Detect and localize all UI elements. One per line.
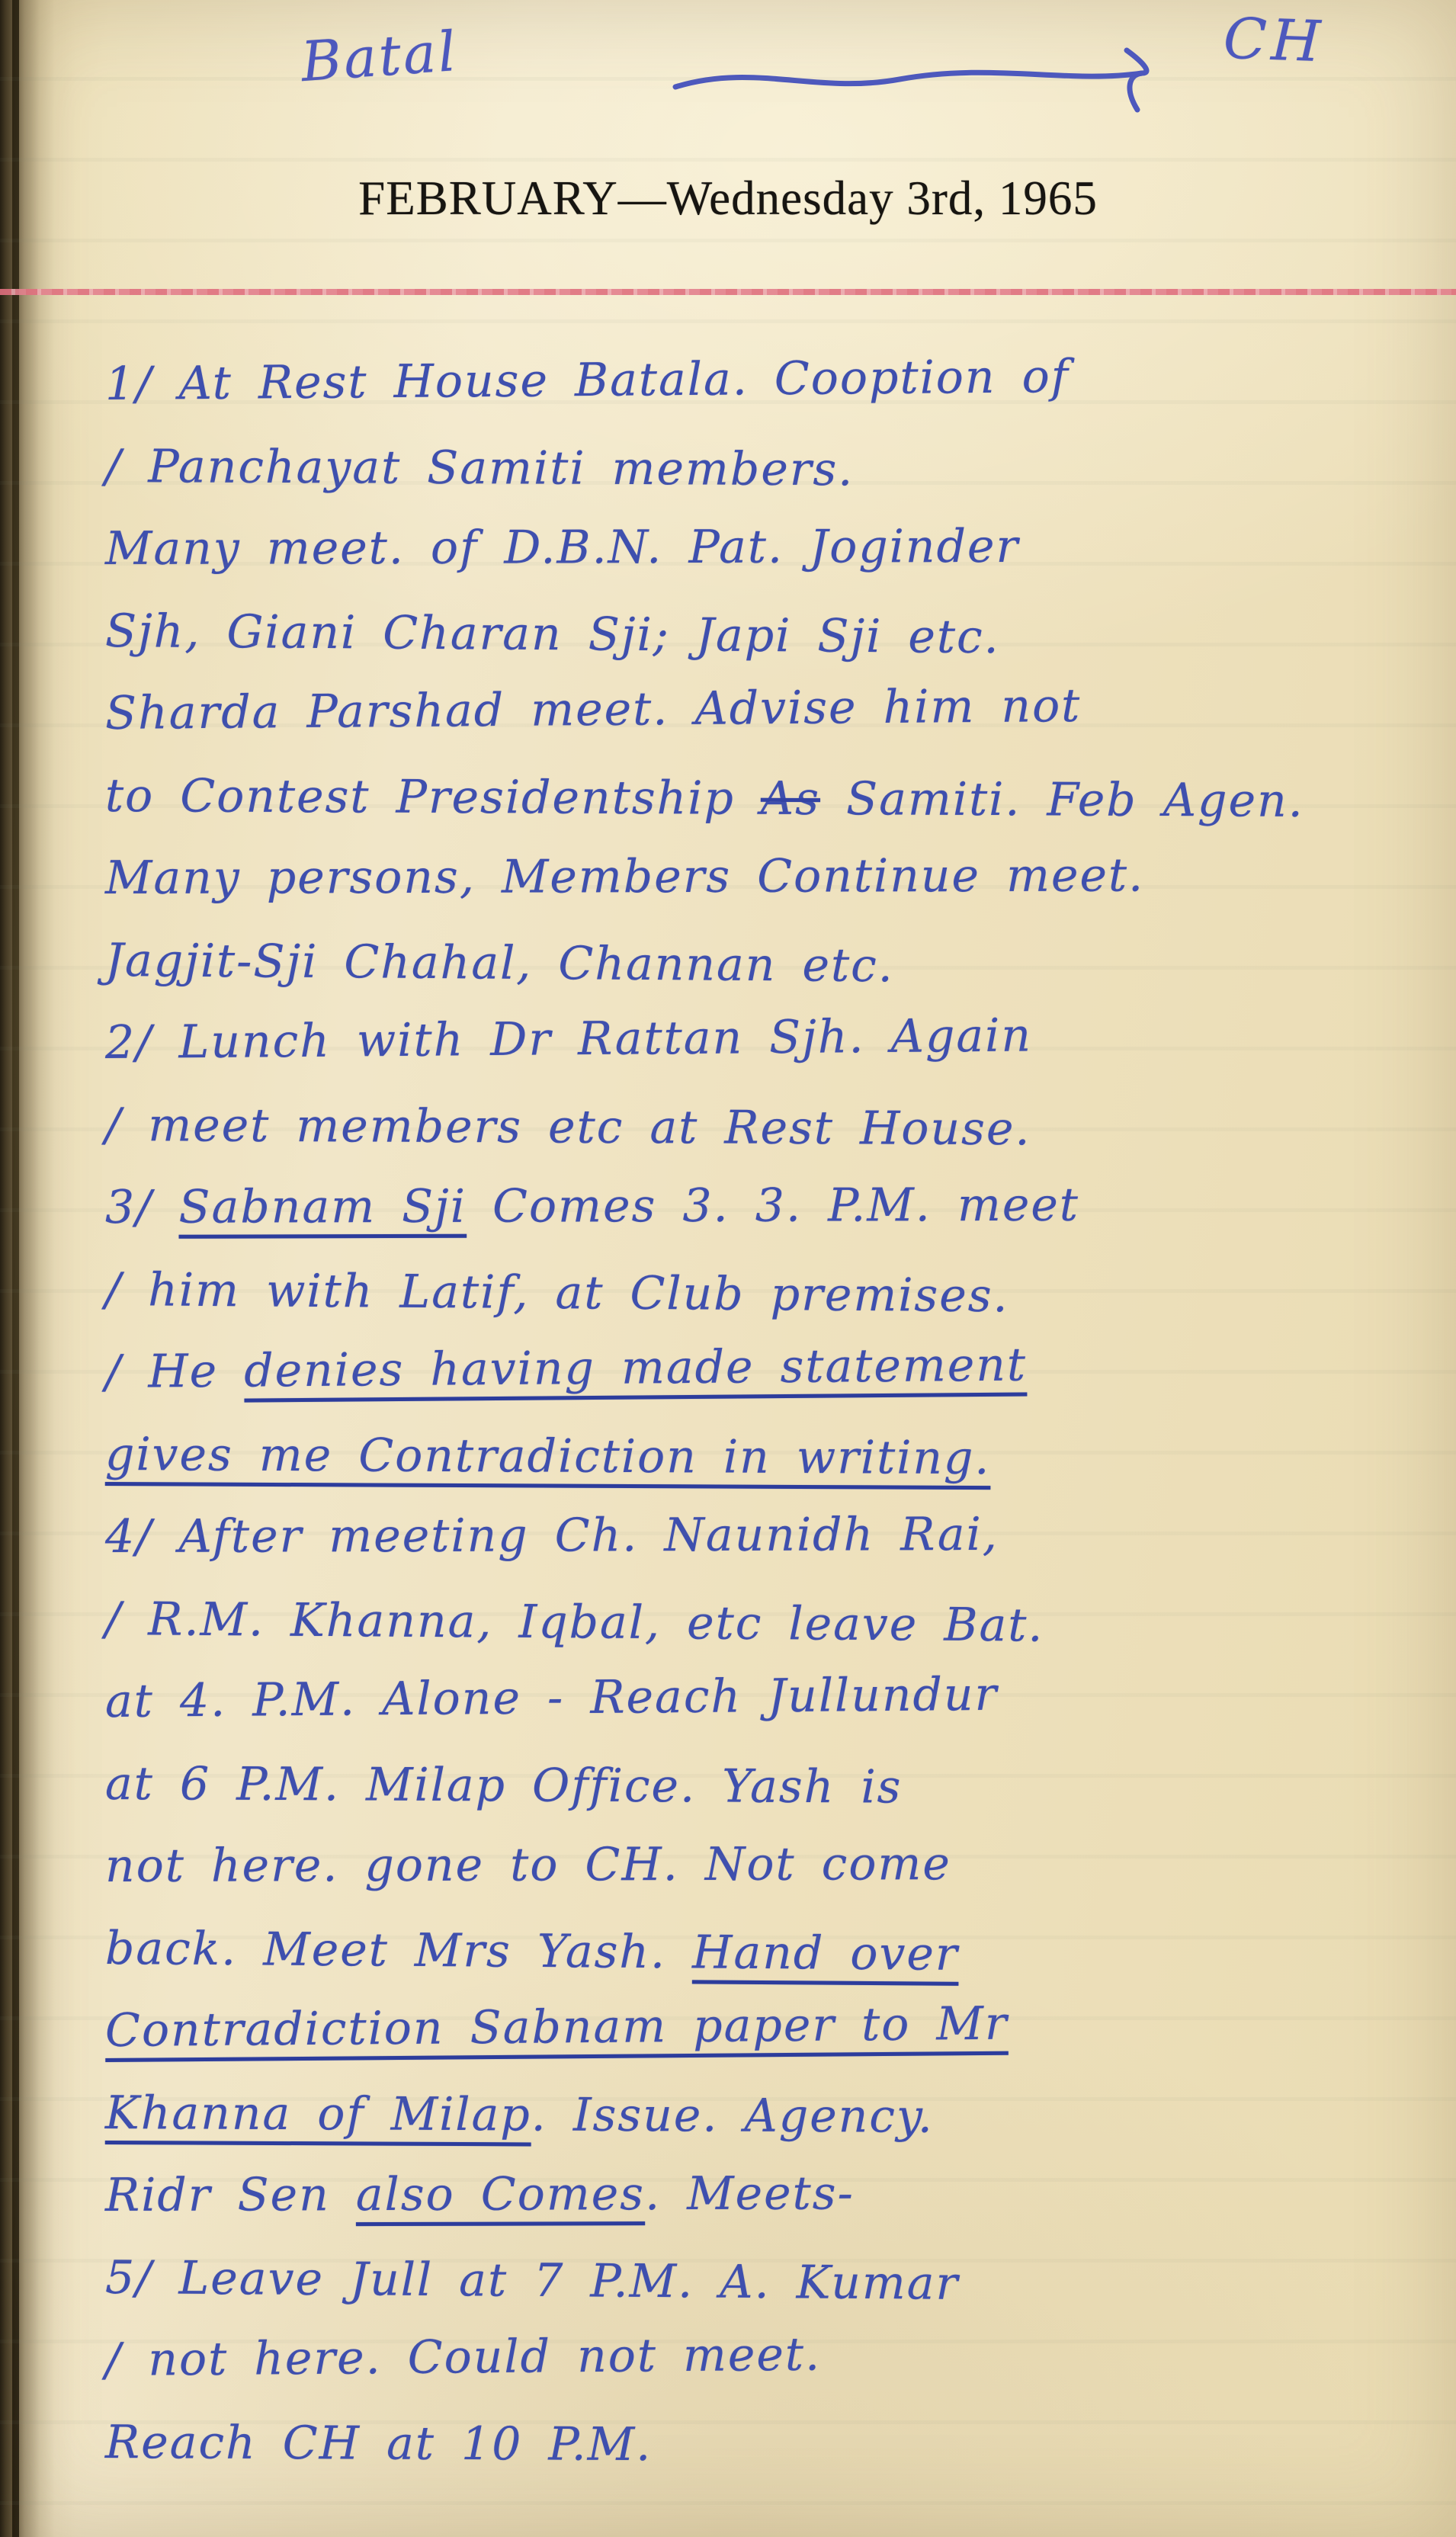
diary-line-3: Many meet. of D.B.N. Pat. Joginder (105, 505, 1414, 590)
diary-segment: Many persons, Members Continue meet. (105, 848, 1144, 905)
diary-segment: . Issue. Agency. (531, 2088, 935, 2143)
diary-segment: / R.M. Khanna, Iqbal, etc leave Bat. (105, 1592, 1044, 1653)
diary-segment: 3/ (105, 1181, 179, 1234)
diary-body: 1/ At Rest House Batala. Cooption of/ Pa… (105, 343, 1414, 2484)
diary-segment: Many meet. of D.B.N. Pat. Joginder (105, 520, 1019, 576)
diary-line-7: Many persons, Members Continue meet. (105, 834, 1414, 919)
diary-line-2: / Panchayat Samiti members. (105, 425, 1414, 513)
diary-segment: not here. gone to CH. Not come (105, 1837, 951, 1893)
diary-segment: back. Meet Mrs Yash. (105, 1922, 693, 1979)
annotation-to-place: CH (1223, 6, 1326, 75)
printed-red-rule (0, 289, 1456, 295)
binding-edge-line (12, 0, 19, 2537)
diary-segment: to Contest Presidentship (105, 769, 761, 826)
diary-segment: 4/ After meeting Ch. Naunidh Rai, (105, 1508, 999, 1564)
diary-segment: / meet members etc at Rest House. (105, 1099, 1031, 1156)
diary-segment: Comes 3. 3. P.M. meet (467, 1179, 1079, 1233)
diary-line-23: Ridr Sen also Comes. Meets- (105, 2151, 1414, 2237)
diary-segment: Sjh, Giani Charan Sji; Japi Sji etc. (105, 605, 1000, 664)
diary-line-25: / not here. Could not meet. (105, 2309, 1415, 2401)
diary-segment: Ridr Sen (105, 2168, 356, 2222)
diary-segment: Jagjit-Sji Chahal, Channan etc. (105, 934, 894, 993)
diary-segment: Sabnam Sji (178, 1180, 467, 1234)
diary-segment: Reach CH at 10 P.M. (105, 2416, 653, 2471)
diary-segment: / He (105, 1345, 245, 1399)
diary-line-5: Sharda Parshad meet. Advise him not (105, 662, 1415, 755)
diary-segment: Sharda Parshad meet. Advise him not (105, 679, 1082, 740)
diary-segment: gives me Contradiction in writing. (105, 1428, 991, 1485)
diary-line-6: to Contest Presidentship As Samiti. Feb … (105, 755, 1414, 842)
diary-line-1: 1/ At Rest House Batala. Cooption of (105, 333, 1415, 425)
diary-segment: / him with Latif, at Club premises. (105, 1263, 1009, 1323)
binding-edge (0, 0, 76, 2537)
diary-segment: / Panchayat Samiti members. (105, 440, 855, 496)
diary-segment: Khanna of Milap (105, 2086, 531, 2141)
diary-segment: Contradiction Sabnam paper to Mr (105, 1997, 1009, 2058)
diary-line-13: / He denies having made statement (105, 1321, 1415, 1413)
diary-segment: / not here. Could not meet. (105, 2328, 822, 2387)
diary-page: Batal CH FEBRUARY—Wednesday 3rd, 1965 1/… (0, 0, 1456, 2537)
top-annotation: Batal CH (0, 11, 1456, 125)
diary-line-15: 4/ After meeting Ch. Naunidh Rai, (105, 1493, 1414, 1578)
diary-line-14: gives me Contradiction in writing. (105, 1413, 1414, 1501)
diary-segment: 5/ Leave Jull at 7 P.M. A. Kumar (105, 2251, 960, 2311)
diary-segment: As (761, 772, 820, 826)
diary-segment: at 4. P.M. Alone - Reach Jullundur (105, 1668, 999, 1728)
diary-segment: 1/ At Rest House Batala. Cooption of (105, 350, 1070, 411)
long-right-arrow-icon (671, 40, 1204, 127)
diary-line-18: at 6 P.M. Milap Office. Yash is (105, 1743, 1414, 1830)
diary-line-10: / meet members etc at Rest House. (105, 1084, 1414, 1172)
diary-line-9: 2/ Lunch with Dr Rattan Sjh. Again (105, 992, 1415, 1084)
diary-line-11: 3/ Sabnam Sji Comes 3. 3. P.M. meet (105, 1163, 1414, 1249)
diary-segment: Samiti. Feb Agen. (820, 772, 1304, 828)
diary-line-21: Contradiction Sabnam paper to Mr (105, 1980, 1415, 2072)
annotation-from-place: Batal (299, 19, 460, 94)
diary-segment: denies having made statement (244, 1339, 1027, 1398)
diary-line-22: Khanna of Milap. Issue. Agency. (105, 2072, 1414, 2160)
diary-segment: at 6 P.M. Milap Office. Yash is (105, 1757, 903, 1814)
printed-date-header: FEBRUARY—Wednesday 3rd, 1965 (0, 171, 1456, 226)
diary-line-26: Reach CH at 10 P.M. (105, 2401, 1414, 2489)
diary-segment: Hand over (692, 1926, 959, 1981)
diary-line-19: not here. gone to CH. Not come (105, 1822, 1414, 1907)
diary-segment: . Meets- (645, 2167, 855, 2221)
diary-line-17: at 4. P.M. Alone - Reach Jullundur (105, 1650, 1415, 1743)
diary-segment: 2/ Lunch with Dr Rattan Sjh. Again (105, 1009, 1033, 1070)
diary-segment: also Comes (356, 2167, 645, 2221)
